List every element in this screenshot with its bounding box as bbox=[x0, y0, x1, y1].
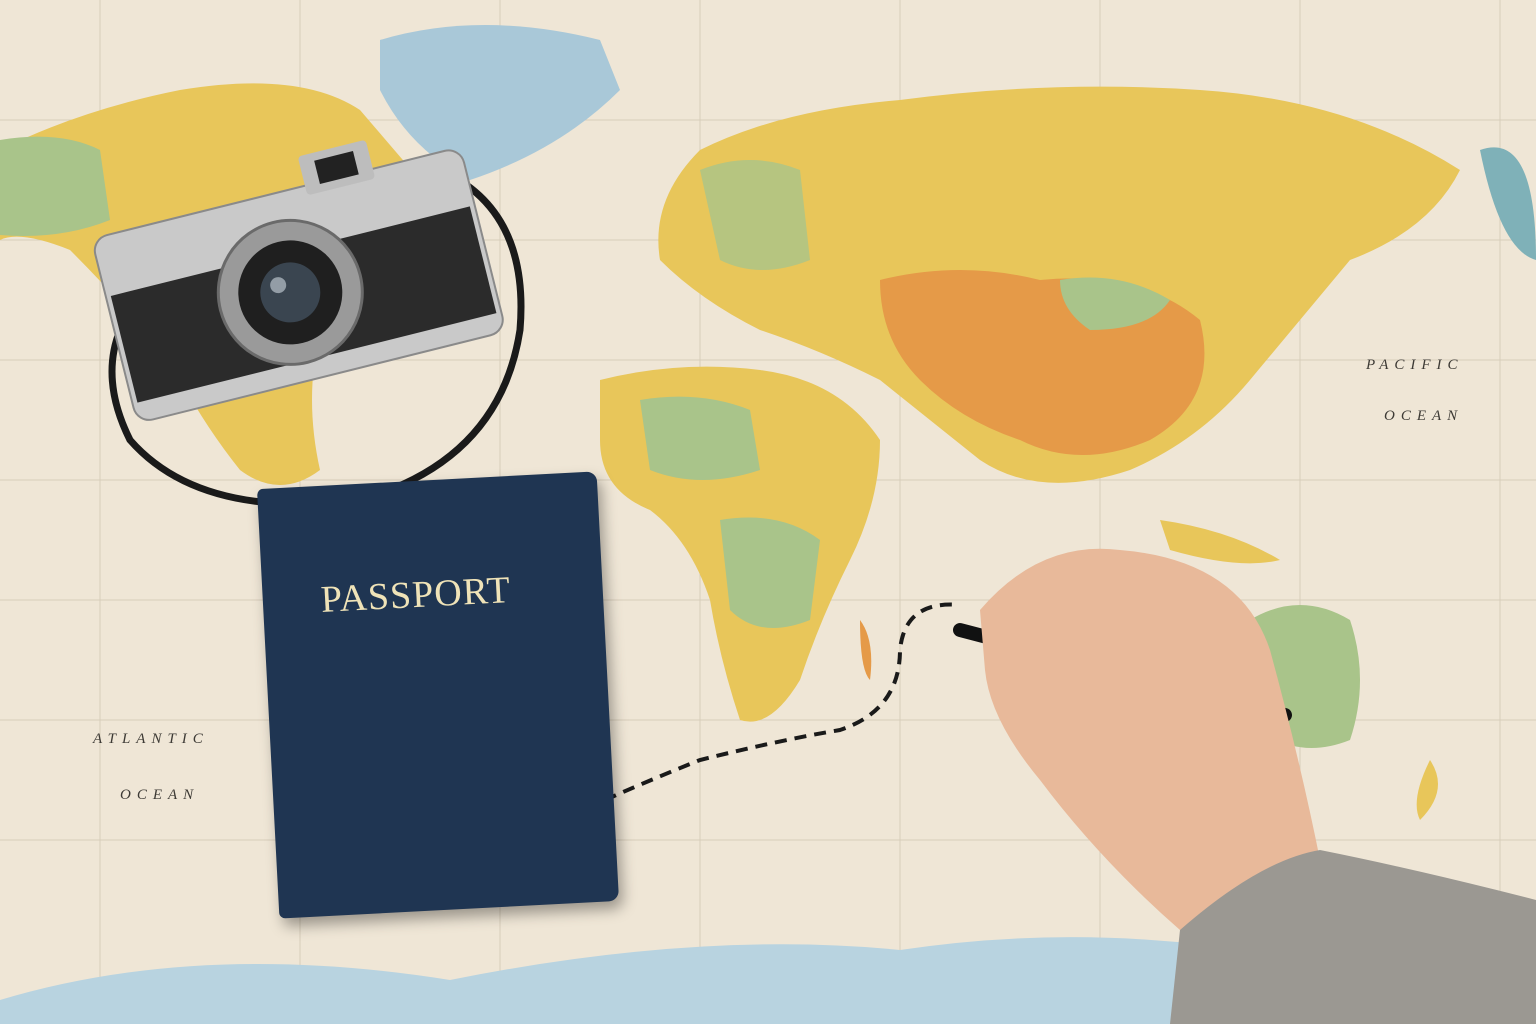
pacific-ocean-label-line2: OCEAN bbox=[1384, 408, 1463, 425]
atlantic-ocean-label-line1: ATLANTIC bbox=[93, 731, 209, 748]
atlantic-ocean-label-line2: OCEAN bbox=[120, 787, 199, 804]
world-map bbox=[0, 0, 1536, 1024]
passport: PASSPORT bbox=[257, 471, 619, 918]
passport-title: PASSPORT bbox=[320, 568, 512, 622]
pacific-ocean-label-line1: PACIFIC bbox=[1366, 357, 1464, 374]
